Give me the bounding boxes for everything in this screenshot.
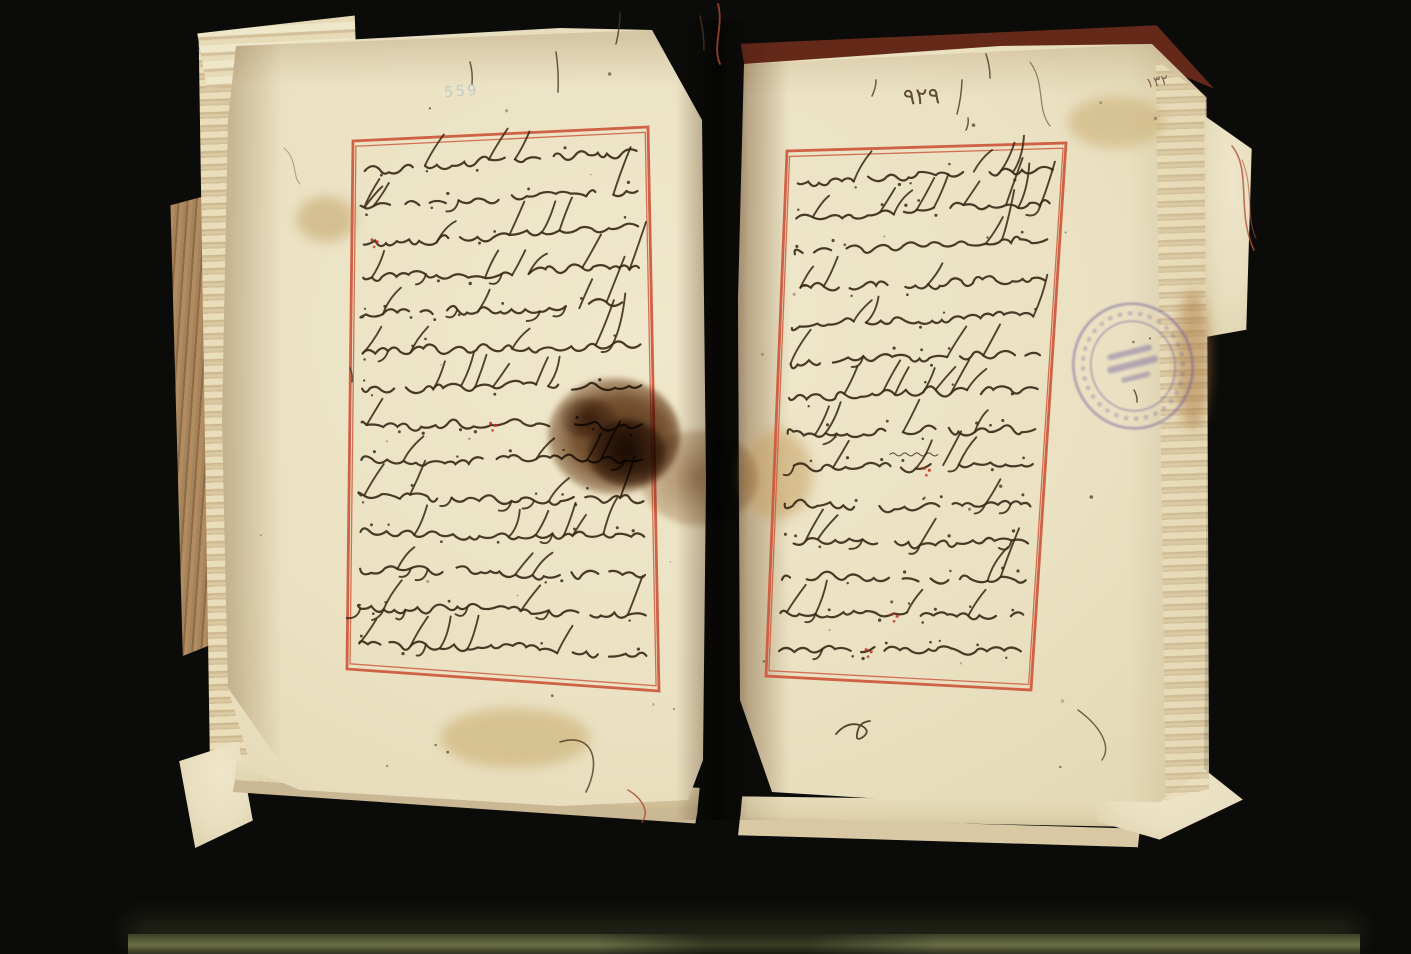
page-number: ٩٢٩ bbox=[903, 83, 941, 110]
ink-blot-secondary bbox=[640, 430, 758, 526]
pencil-number: 559 bbox=[443, 81, 479, 101]
ink-blot-gutter bbox=[560, 398, 616, 438]
manuscript-photo: ٩٢٩ ١٣٢ 559 bbox=[0, 0, 1411, 954]
